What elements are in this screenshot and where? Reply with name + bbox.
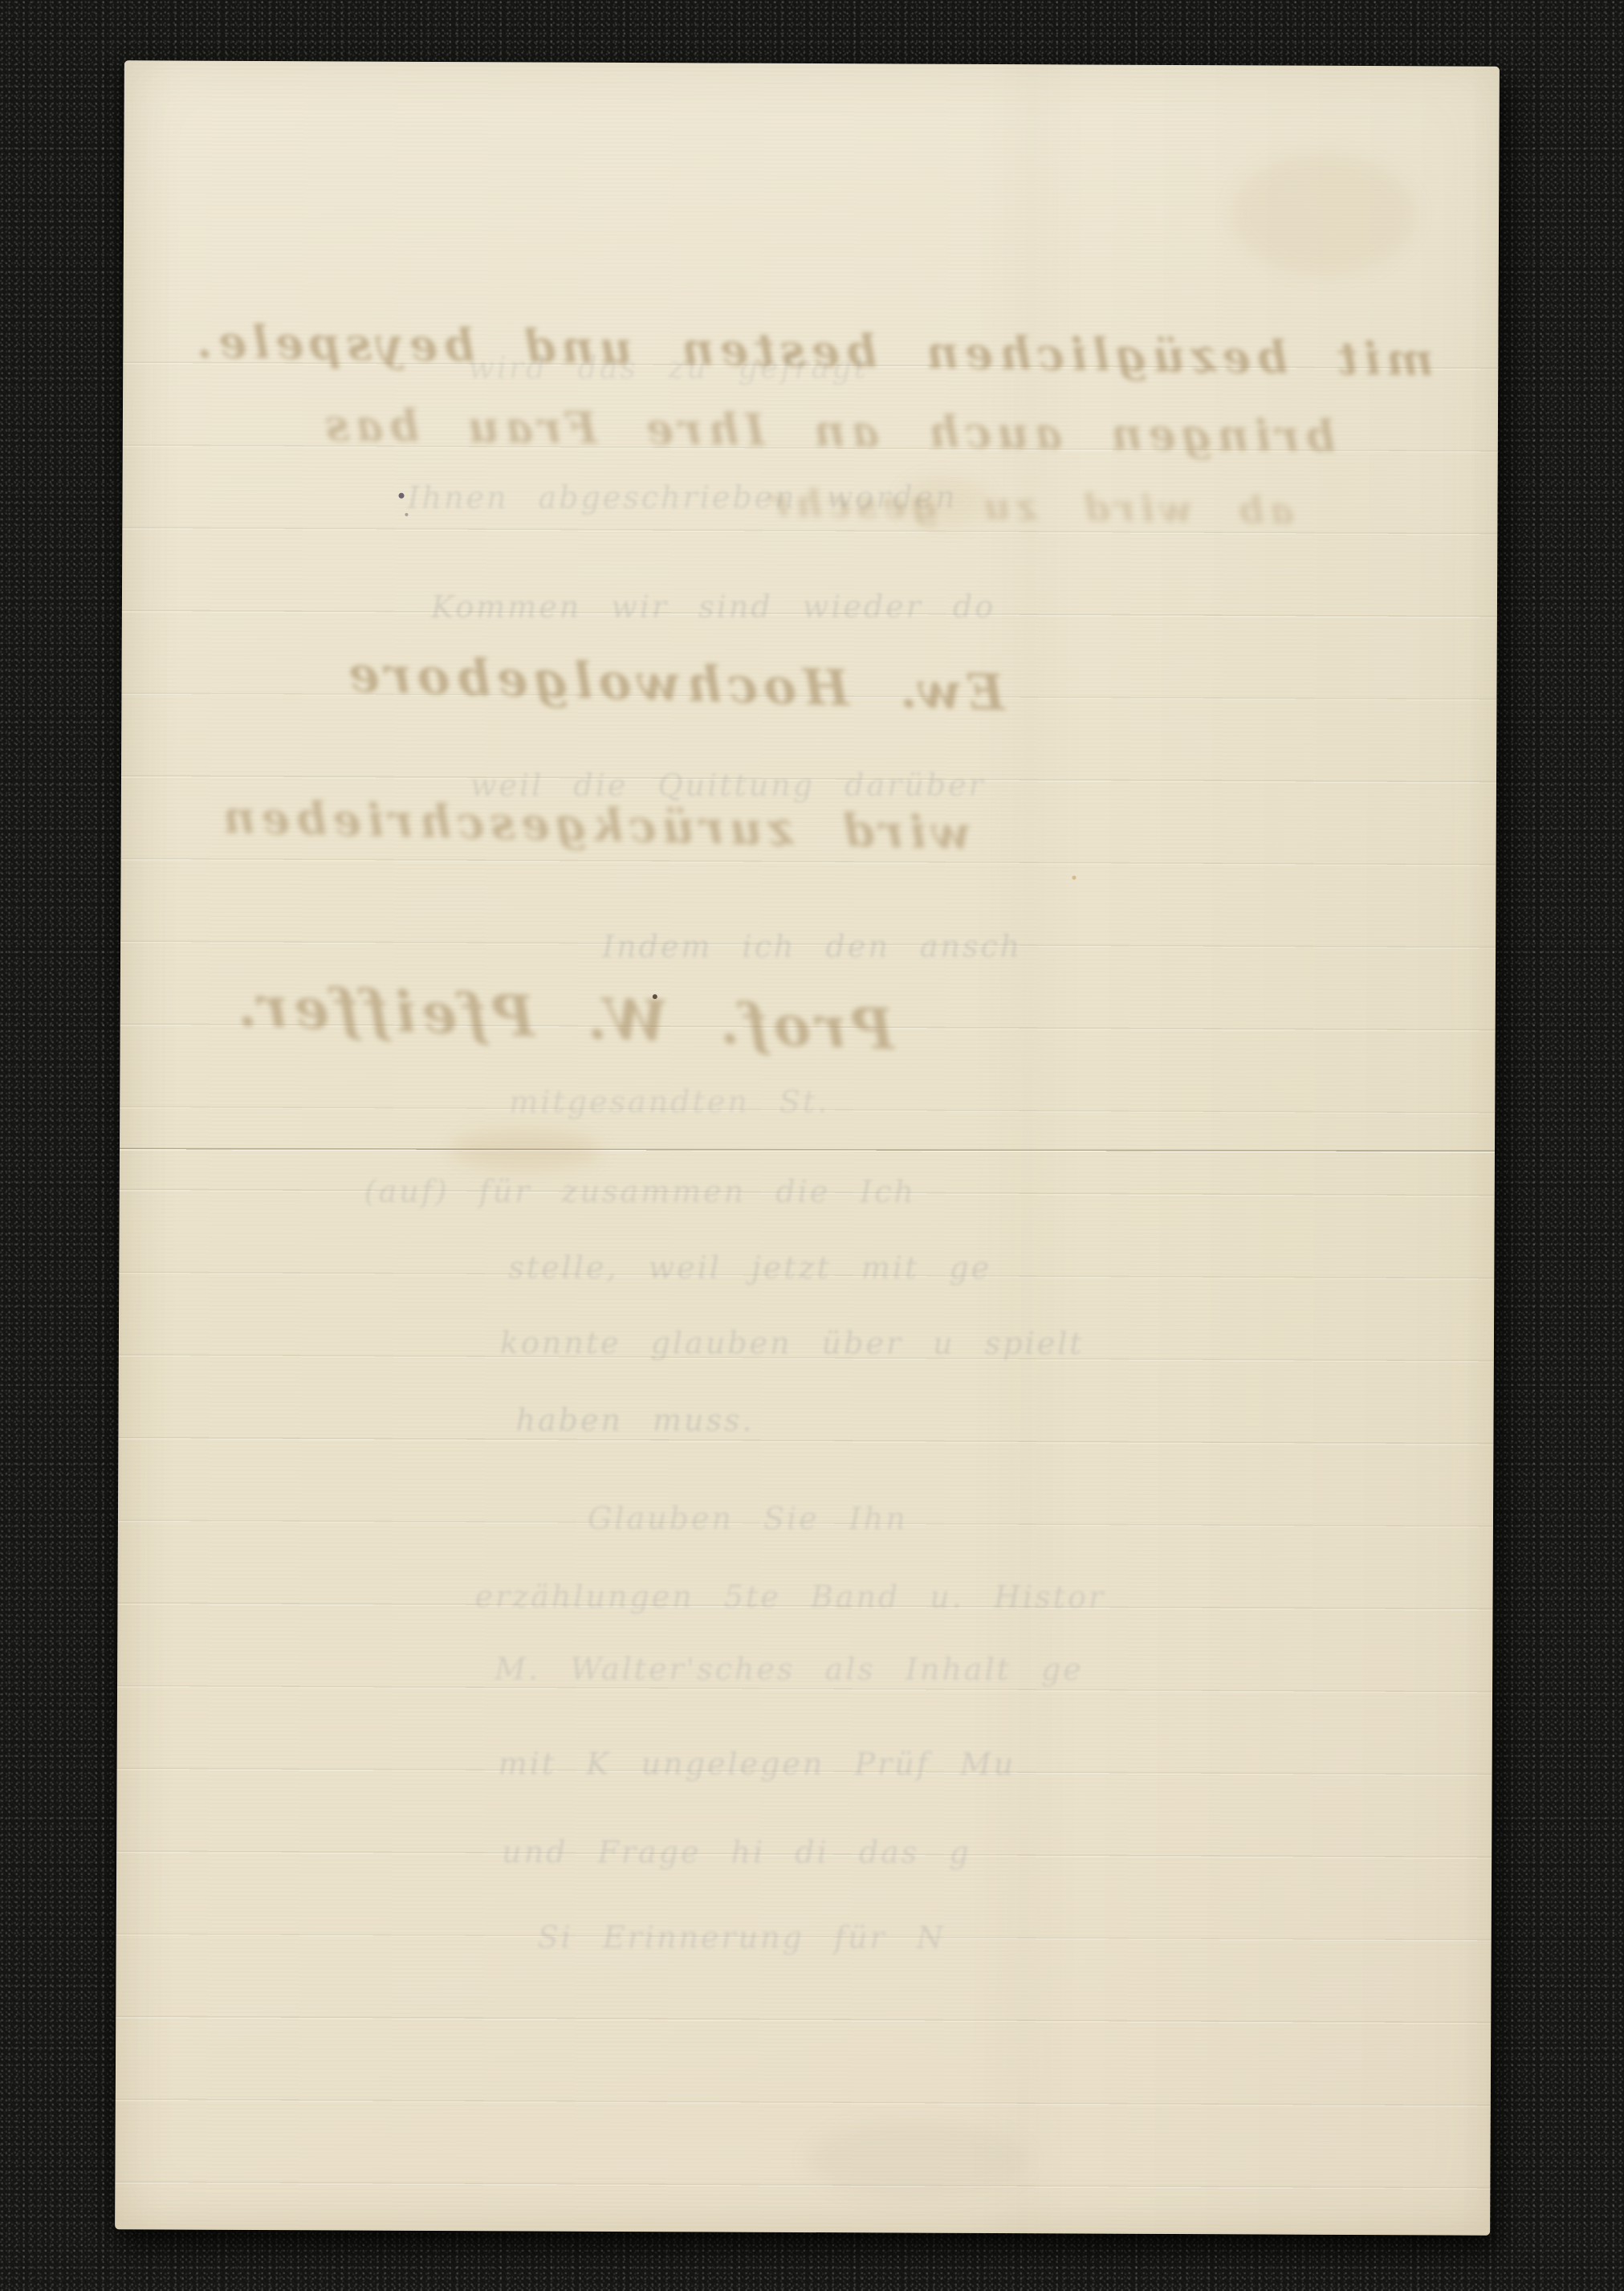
pencil-line: Kommen wir sind wieder do bbox=[431, 591, 995, 622]
pencil-line: Glauben Sie Ihn bbox=[588, 1503, 908, 1534]
paper-ruling bbox=[115, 281, 1498, 2220]
pencil-line: Indem ich den ansch bbox=[602, 931, 1022, 961]
paper-texture bbox=[115, 60, 1500, 2235]
pencil-line: haben muss. bbox=[516, 1404, 755, 1435]
letter-page: mit bezüglichen besten und beyspele.brin… bbox=[115, 60, 1500, 2235]
ink-bleed-line: Ew. Hochwolgebore bbox=[342, 649, 1006, 718]
pencil-line: weil die Quittung darüber bbox=[470, 770, 986, 801]
pencil-line: und Frage hi di das g bbox=[502, 1836, 971, 1868]
pencil-line: konnte glauben über u spielt bbox=[500, 1327, 1085, 1359]
fold-crease bbox=[120, 1148, 1495, 1154]
age-stain bbox=[449, 1130, 601, 1169]
pencil-line: erzählungen 5te Band u. Histor bbox=[475, 1581, 1106, 1612]
ink-dot bbox=[399, 493, 405, 499]
age-stain bbox=[1231, 153, 1417, 275]
ink-dot bbox=[653, 994, 657, 999]
age-stain bbox=[901, 478, 989, 526]
pencil-line: mit K ungelegen Prüf Mu bbox=[499, 1748, 1016, 1779]
pencil-line: M. Walter'sches als Inhalt ge bbox=[495, 1653, 1084, 1685]
pencil-line: Si Erinnerung für N bbox=[538, 1922, 946, 1953]
ink-bleed-line: wird zurückgeschrieben bbox=[217, 795, 971, 856]
pencil-line: Ihnen abgeschrieben worden bbox=[408, 482, 958, 513]
pencil-line: mitgesandten St. bbox=[509, 1086, 829, 1117]
ink-dot bbox=[405, 513, 408, 516]
ink-bleed-line: Prof. W. Pfeiffer. bbox=[232, 978, 895, 1058]
ink-bleed-line: bringen auch an Ihre Frau bas bbox=[320, 403, 1336, 458]
pencil-line: stelle, weil jetzt mit ge bbox=[508, 1252, 991, 1283]
age-stain bbox=[805, 2119, 1030, 2200]
pencil-line: wird das zu gefragt bbox=[468, 353, 869, 383]
ink-bleed-line: ab wird zu geschr bbox=[764, 484, 1294, 529]
ink-dot bbox=[1072, 875, 1076, 879]
ink-bleed-line: mit bezüglichen besten und beyspele. bbox=[191, 320, 1434, 383]
pencil-line: (auf) für zusammen die Ich bbox=[364, 1176, 916, 1208]
